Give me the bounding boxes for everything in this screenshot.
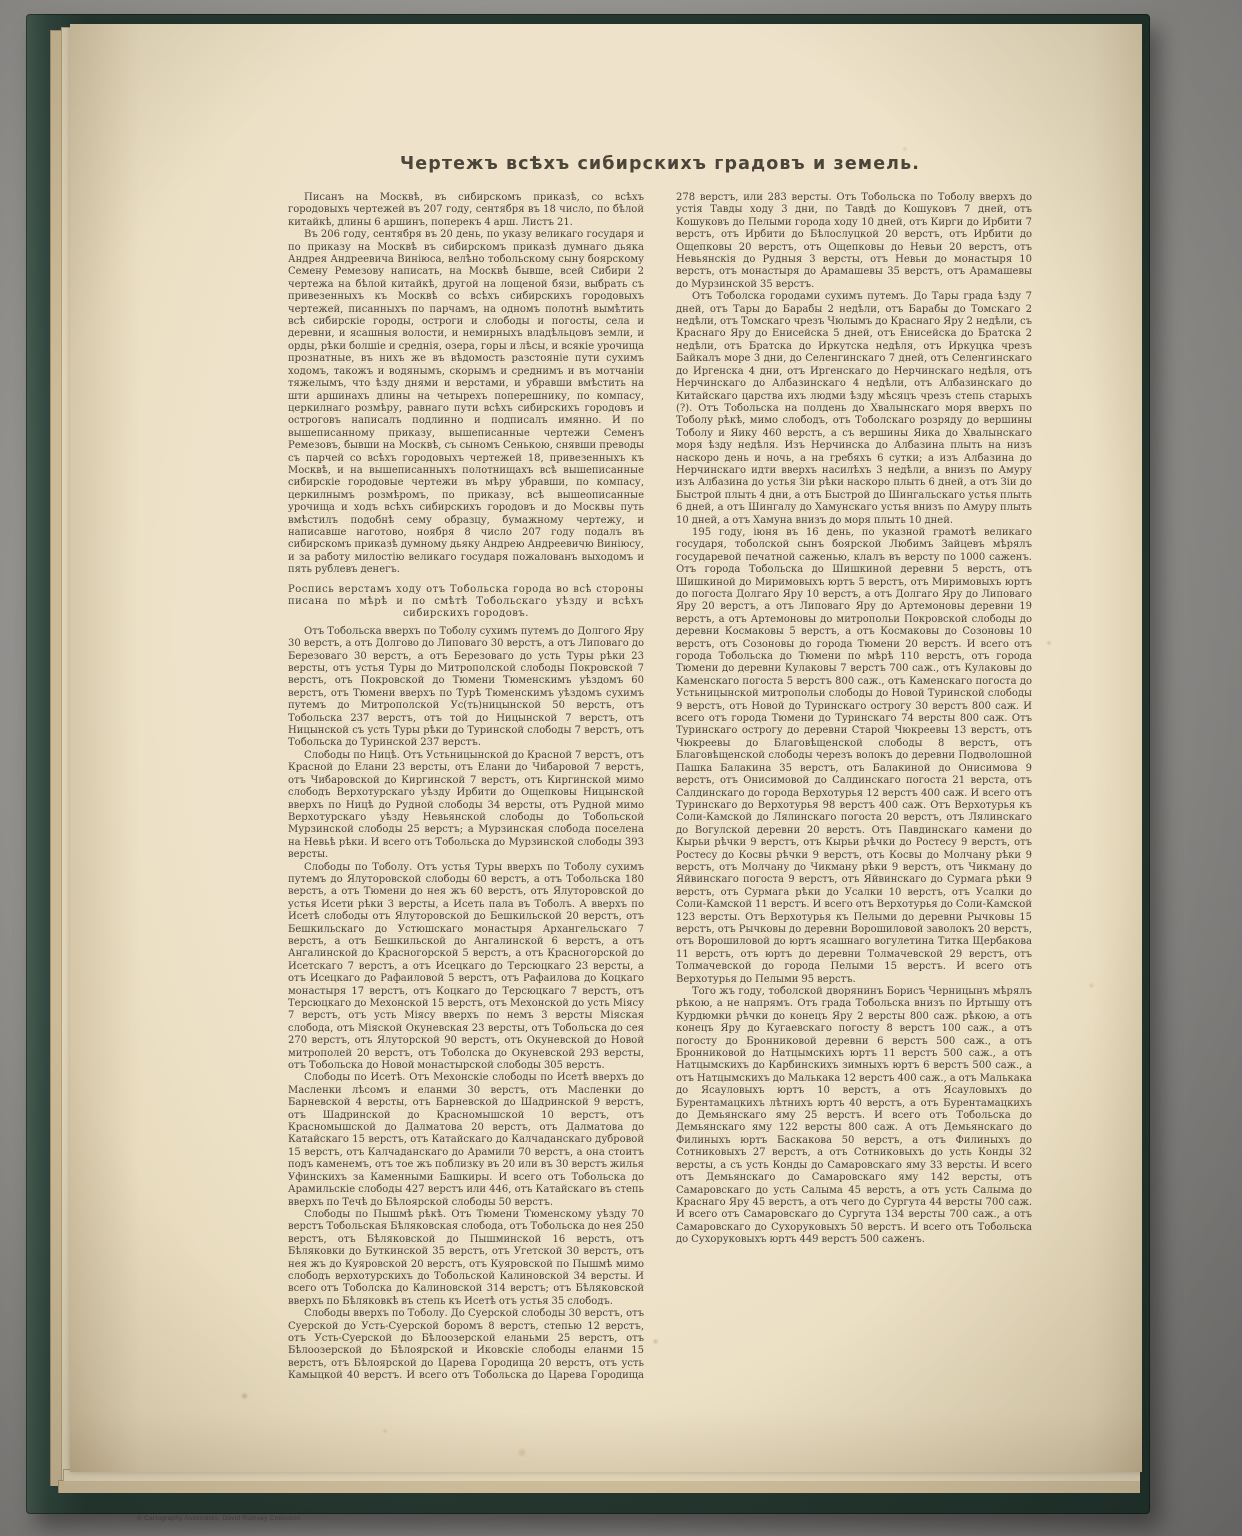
body-paragraph: Въ 206 году, сентября въ 20 день, по ука…: [288, 229, 644, 576]
body-paragraph: Отъ Тобольска вверхъ по Тоболу сухимъ пу…: [288, 626, 644, 750]
body-paragraph: Писанъ на Москвѣ, въ сибирскомъ приказѣ,…: [288, 192, 644, 229]
scan-stage: Чертежъ всѣхъ сибирскихъ градовъ и земел…: [0, 0, 1242, 1536]
book-page: Чертежъ всѣхъ сибирскихъ градовъ и земел…: [70, 24, 1142, 1472]
body-paragraph: Слободы по Тоболу. Отъ устья Туры вверхъ…: [288, 862, 644, 1073]
body-paragraph: 195 году, іюня въ 16 день, по указной гр…: [676, 527, 1032, 986]
text-columns: Писанъ на Москвѣ, въ сибирскомъ приказѣ,…: [288, 192, 1032, 1394]
collection-watermark: © Cartography Associates, David Rumsey C…: [137, 1515, 301, 1522]
page-stack-edge: [50, 30, 61, 1486]
body-paragraph: Того жъ году, тоболской дворянинъ Борисъ…: [676, 986, 1032, 1247]
body-paragraph: Слободы по Исетѣ. Отъ Мехонскіе слободы …: [288, 1072, 644, 1208]
page-stack-edge: [58, 1480, 1140, 1493]
body-paragraph: Слободы по Ницѣ. Отъ Устьницынской до Кр…: [288, 750, 644, 862]
section-heading: Роспись верстамъ ходу отъ Тобольска горо…: [288, 584, 644, 621]
body-paragraph: Слободы по Пышмѣ рѣкѣ. Отъ Тюмени Тюменс…: [288, 1209, 644, 1308]
page-title: Чертежъ всѣхъ сибирскихъ градовъ и земел…: [288, 154, 1032, 174]
body-paragraph: Отъ Тоболска городами сухимъ путемъ. До …: [676, 291, 1032, 527]
